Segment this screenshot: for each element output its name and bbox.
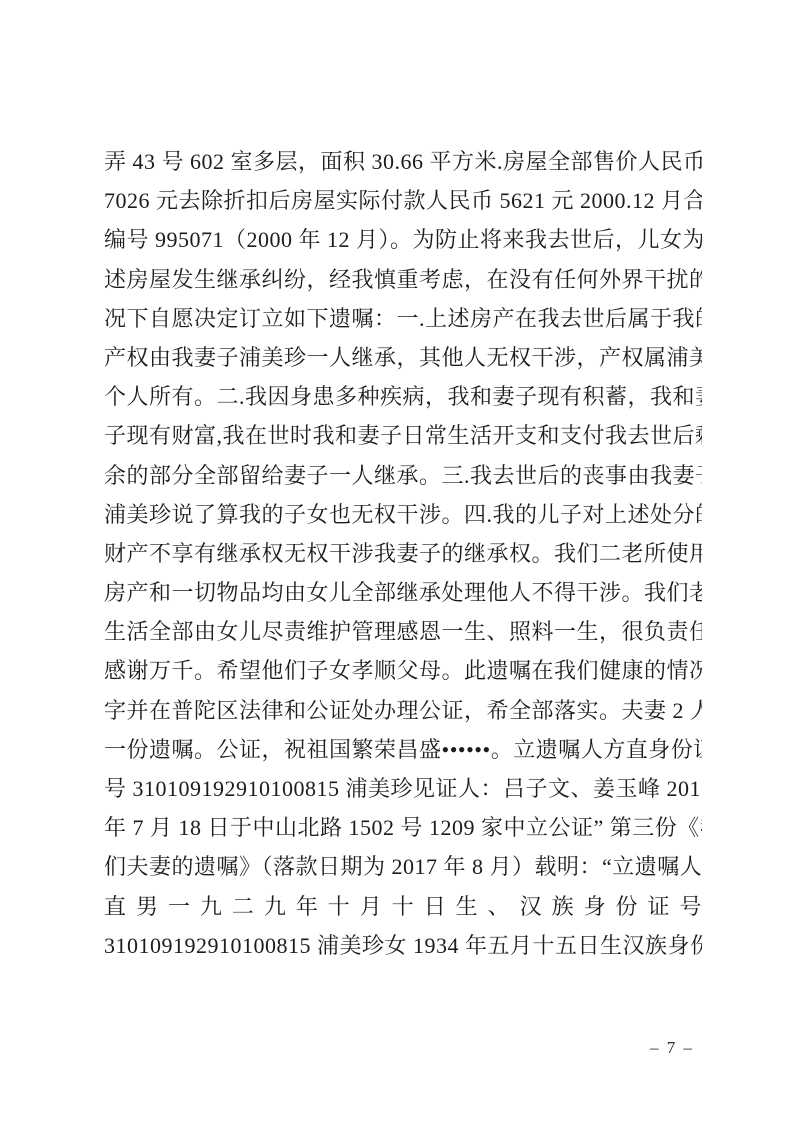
text-line: 房产和一切物品均由女儿全部继承处理他人不得干涉。我们老年 bbox=[104, 573, 702, 612]
text-line: 浦美珍说了算我的子女也无权干涉。四.我的儿子对上述处分的 bbox=[104, 495, 702, 534]
text-line: 产权由我妻子浦美珍一人继承，其他人无权干涉，产权属浦美珍 bbox=[104, 338, 702, 377]
page-number: – 7 – bbox=[632, 1038, 712, 1058]
text-line: 310109192910100815 浦美珍女 1934 年五月十五日生汉族身份… bbox=[104, 926, 702, 965]
text-line: 直 男 一 九 二 九 年 十 月 十 日 生 、 汉 族 身 份 证 号 bbox=[104, 887, 702, 926]
text-line: 况下自愿决定订立如下遗嘱：一.上述房产在我去世后属于我的 bbox=[104, 299, 702, 338]
document-text-block: 弄 43 号 602 室多层，面积 30.66 平方米.房屋全部售价人民币 70… bbox=[104, 142, 702, 965]
text-line: 财产不享有继承权无权干涉我妻子的继承权。我们二老所使用的 bbox=[104, 534, 702, 573]
document-page: 弄 43 号 602 室多层，面积 30.66 平方米.房屋全部售价人民币 70… bbox=[0, 0, 800, 1131]
text-line: 年 7 月 18 日于中山北路 1502 号 1209 家中立公证” 第三份《我 bbox=[104, 808, 702, 847]
text-line: 生活全部由女儿尽责维护管理感恩一生、照料一生，很负责任。 bbox=[104, 612, 702, 651]
text-line: 们夫妻的遗嘱》（落款日期为 2017 年 8 月）载明：“立遗嘱人方 bbox=[104, 847, 702, 886]
text-line: 余的部分全部留给妻子一人继承。三.我去世后的丧事由我妻子 bbox=[104, 456, 702, 495]
text-line: 弄 43 号 602 室多层，面积 30.66 平方米.房屋全部售价人民币 bbox=[104, 142, 702, 181]
text-line: 编号 995071（2000 年 12 月）。为防止将来我去世后，儿女为上 bbox=[104, 220, 702, 259]
text-line: 字并在普陀区法律和公证处办理公证，希全部落实。夫妻 2 人各 bbox=[104, 691, 702, 730]
text-line: 述房屋发生继承纠纷，经我慎重考虑，在没有任何外界干扰的情 bbox=[104, 260, 702, 299]
text-line: 号 310109192910100815 浦美珍见证人：吕子文、姜玉峰 2017 bbox=[104, 769, 702, 808]
text-line: 个人所有。二.我因身患多种疾病，我和妻子现有积蓄，我和妻 bbox=[104, 377, 702, 416]
text-line: 7026 元去除折扣后房屋实际付款人民币 5621 元 2000.12 月合同 bbox=[104, 181, 702, 220]
text-line: 子现有财富,我在世时我和妻子日常生活开支和支付我去世后剩 bbox=[104, 416, 702, 455]
text-line: 一份遗嘱。公证，祝祖国繁荣昌盛••••••。立遗嘱人方直身份证 bbox=[104, 730, 702, 769]
text-line: 感谢万千。希望他们子女孝顺父母。此遗嘱在我们健康的情况下， bbox=[104, 651, 702, 690]
